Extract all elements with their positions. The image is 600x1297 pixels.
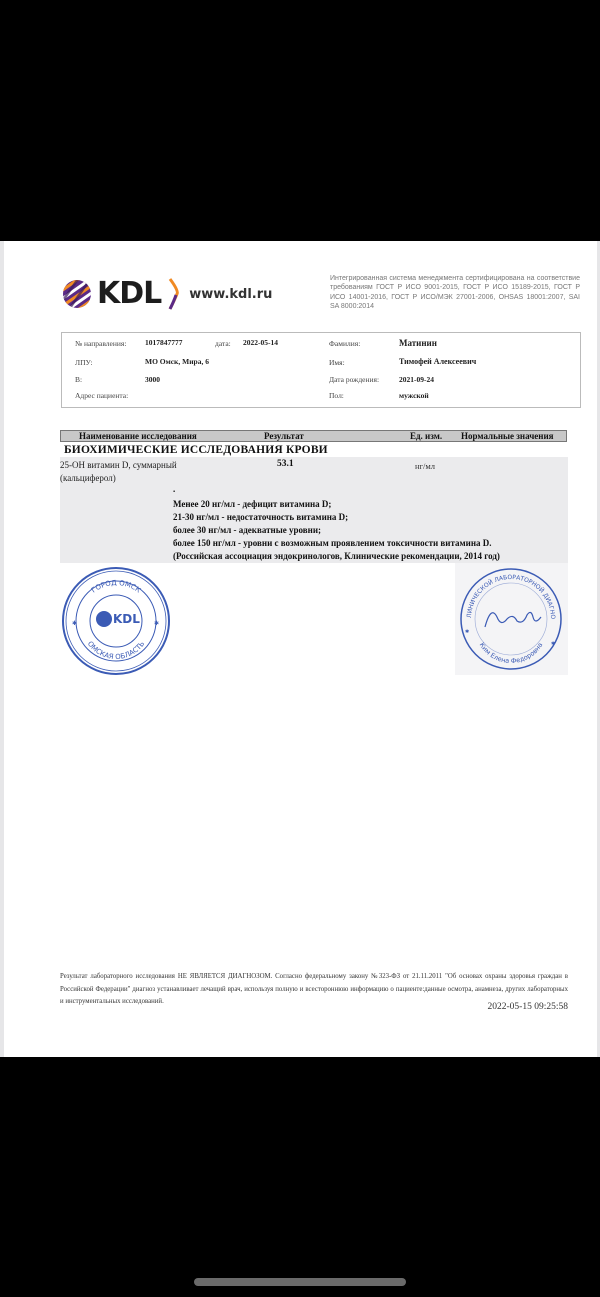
reference-dot: .: [173, 484, 175, 494]
test-name: 25-OH витамин D, суммарный (кальциферол): [60, 459, 177, 485]
doctor-stamp: ВРАЧ КЛИНИЧЕСКОЙ ЛАБОРАТОРНОЙ ДИАГНОСТИК…: [455, 563, 568, 675]
svg-text:✱: ✱: [465, 629, 469, 635]
referral-value: 1017847777: [145, 338, 183, 347]
dob-value: 2021-09-24: [399, 375, 434, 384]
chevron-right-icon: [167, 277, 181, 311]
v-value: 3000: [145, 375, 160, 384]
surname-value: Матинин: [399, 338, 437, 348]
test-name-line1: 25-OH витамин D, суммарный: [60, 459, 177, 472]
home-indicator[interactable]: [194, 1278, 406, 1286]
test-unit: нг/мл: [415, 461, 435, 471]
organization-stamp-icon: ГОРОД ОМСК ОМСКАЯ ОБЛАСТЬ KDL ✱ ✱: [60, 565, 172, 677]
reference-line: Менее 20 нг/мл - дефицит витамина D;: [173, 498, 500, 511]
reference-line: (Российская ассоциация эндокринологов, К…: [173, 550, 500, 563]
v-label: В:: [75, 375, 82, 384]
column-header-unit: Ед. изм.: [410, 431, 442, 442]
svg-text:Ким Елена Федоровна: Ким Елена Федоровна: [478, 641, 545, 665]
referral-label: № направления:: [75, 339, 126, 348]
column-header-result: Результат: [264, 431, 304, 442]
sex-value: мужской: [399, 391, 429, 400]
lpu-value: МО Омск, Мира, 6: [145, 357, 209, 366]
patient-info-box: [61, 332, 581, 408]
certification-text: Интегрированная система менеджмента серт…: [330, 274, 580, 312]
svg-text:ОМСКАЯ ОБЛАСТЬ: ОМСКАЯ ОБЛАСТЬ: [86, 640, 147, 661]
doctor-stamp-icon: ВРАЧ КЛИНИЧЕСКОЙ ЛАБОРАТОРНОЙ ДИАГНОСТИК…: [457, 565, 565, 673]
reference-line: более 30 нг/мл - адекватные уровни;: [173, 524, 500, 537]
test-name-line2: (кальциферол): [60, 472, 177, 485]
sex-label: Пол:: [329, 391, 344, 400]
dob-label: Дата рождения:: [329, 375, 379, 384]
svg-text:ГОРОД ОМСК: ГОРОД ОМСК: [90, 579, 142, 595]
kdl-logo: KDL www.kdl.ru: [62, 276, 272, 312]
address-label: Адрес пациента:: [75, 391, 128, 400]
svg-text:✱: ✱: [154, 620, 159, 627]
lpu-label: ЛПУ:: [75, 358, 93, 367]
name-label: Имя:: [329, 358, 345, 367]
reference-ranges: Менее 20 нг/мл - дефицит витамина D; 21-…: [173, 498, 500, 563]
website-link[interactable]: www.kdl.ru: [189, 287, 272, 302]
section-title: БИОХИМИЧЕСКИЕ ИССЛЕДОВАНИЯ КРОВИ: [64, 444, 328, 456]
date-label: дата:: [215, 339, 231, 348]
name-value: Тимофей Алексеевич: [399, 357, 476, 366]
page-edge-left: [0, 241, 4, 1057]
print-timestamp: 2022-05-15 09:25:58: [488, 1002, 568, 1012]
svg-text:ВРАЧ КЛИНИЧЕСКОЙ ЛАБОРАТОРНОЙ: ВРАЧ КЛИНИЧЕСКОЙ ЛАБОРАТОРНОЙ ДИАГНОСТИК…: [457, 565, 556, 620]
svg-text:✱: ✱: [72, 620, 77, 627]
results-table-header: Наименование исследования Результат Ед. …: [60, 430, 567, 442]
date-value: 2022-05-14: [243, 338, 278, 347]
logo-text: KDL: [97, 279, 161, 309]
kdl-globe-icon: [62, 279, 92, 309]
reference-line: более 150 нг/мл - уровни с возможным про…: [173, 537, 500, 550]
reference-line: 21-30 нг/мл - недостаточность витамина D…: [173, 511, 500, 524]
surname-label: Фамилия:: [329, 339, 360, 348]
svg-text:KDL: KDL: [113, 612, 140, 626]
column-header-normal: Нормальные значения: [461, 431, 554, 442]
svg-text:✱: ✱: [551, 641, 555, 647]
test-result-value: 53.1: [277, 459, 294, 469]
column-header-test-name: Наименование исследования: [79, 431, 197, 442]
